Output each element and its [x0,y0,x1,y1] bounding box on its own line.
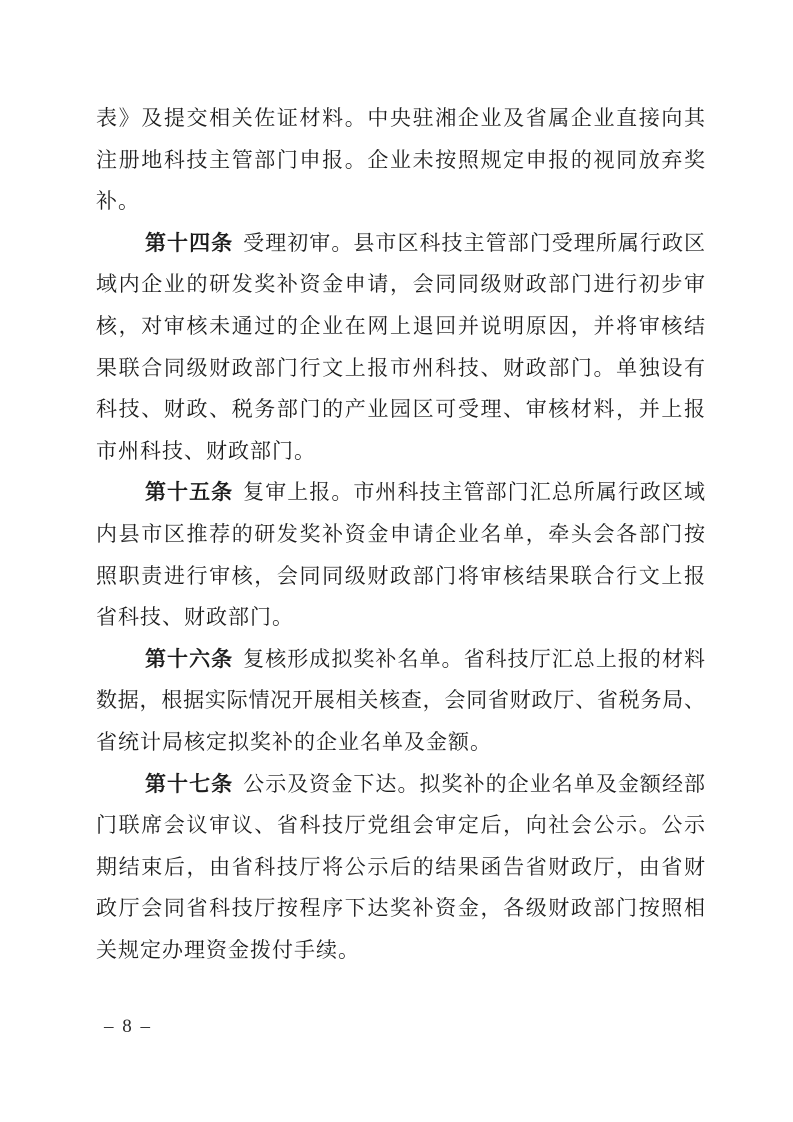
paragraph-continuation: 表》及提交相关佐证材料。中央驻湘企业及省属企业直接向其 注册地科技主管部门申报。… [96,98,705,223]
article-heading: 第十七条 [145,773,233,796]
paragraph-article-17: 第十七条公示及资金下达。拟奖补的企业名单及金额经部 门联席会议审议、省科技厅党组… [96,764,705,972]
text-line: 关规定办理资金拨付手续。 [96,930,705,972]
document-page: 表》及提交相关佐证材料。中央驻湘企业及省属企业直接向其 注册地科技主管部门申报。… [0,0,793,1122]
text-line: 数据，根据实际情况开展相关核查，会同省财政厅、省税务局、 [96,680,705,722]
text-line: 表》及提交相关佐证材料。中央驻湘企业及省属企业直接向其 [96,98,705,140]
text-line: 省统计局核定拟奖补的企业名单及金额。 [96,722,705,764]
text-line: 果联合同级财政部门行文上报市州科技、财政部门。单独设有 [96,348,705,390]
text-line: 照职责进行审核，会同同级财政部门将审核结果联合行文上报 [96,556,705,598]
article-first-line: 复核形成拟奖补名单。省科技厅汇总上报的材料 [243,647,705,671]
article-first-line: 受理初审。县市区科技主管部门受理所属行政区 [243,231,705,255]
article-first-line: 公示及资金下达。拟奖补的企业名单及金额经部 [243,772,705,796]
text-line: 第十五条复审上报。市州科技主管部门汇总所属行政区域 [96,472,705,514]
article-heading: 第十四条 [145,232,233,255]
text-line: 政厅会同省科技厅按程序下达奖补资金，各级财政部门按照相 [96,888,705,930]
article-heading: 第十五条 [145,481,233,504]
text-line: 核，对审核未通过的企业在网上退回并说明原因，并将审核结 [96,306,705,348]
article-heading: 第十六条 [145,648,233,671]
paragraph-article-14: 第十四条受理初审。县市区科技主管部门受理所属行政区 域内企业的研发奖补资金申请，… [96,223,705,473]
text-line: 补。 [96,181,705,223]
text-line: 第十六条复核形成拟奖补名单。省科技厅汇总上报的材料 [96,639,705,681]
text-line: 省科技、财政部门。 [96,597,705,639]
text-line: 市州科技、财政部门。 [96,431,705,473]
text-line: 第十四条受理初审。县市区科技主管部门受理所属行政区 [96,223,705,265]
text-line: 注册地科技主管部门申报。企业未按照规定申报的视同放弃奖 [96,140,705,182]
text-line: 域内企业的研发奖补资金申请，会同同级财政部门进行初步审 [96,264,705,306]
article-first-line: 复审上报。市州科技主管部门汇总所属行政区域 [243,480,705,504]
document-body: 表》及提交相关佐证材料。中央驻湘企业及省属企业直接向其 注册地科技主管部门申报。… [96,98,705,971]
text-line: 科技、财政、税务部门的产业园区可受理、审核材料，并上报 [96,389,705,431]
text-line: 第十七条公示及资金下达。拟奖补的企业名单及金额经部 [96,764,705,806]
text-line: 门联席会议审议、省科技厅党组会审定后，向社会公示。公示 [96,805,705,847]
text-line: 期结束后，由省科技厅将公示后的结果函告省财政厅，由省财 [96,847,705,889]
paragraph-article-16: 第十六条复核形成拟奖补名单。省科技厅汇总上报的材料 数据，根据实际情况开展相关核… [96,639,705,764]
text-line: 内县市区推荐的研发奖补资金申请企业名单，牵头会各部门按 [96,514,705,556]
page-number: – 8 – [104,1016,152,1038]
paragraph-article-15: 第十五条复审上报。市州科技主管部门汇总所属行政区域 内县市区推荐的研发奖补资金申… [96,472,705,638]
